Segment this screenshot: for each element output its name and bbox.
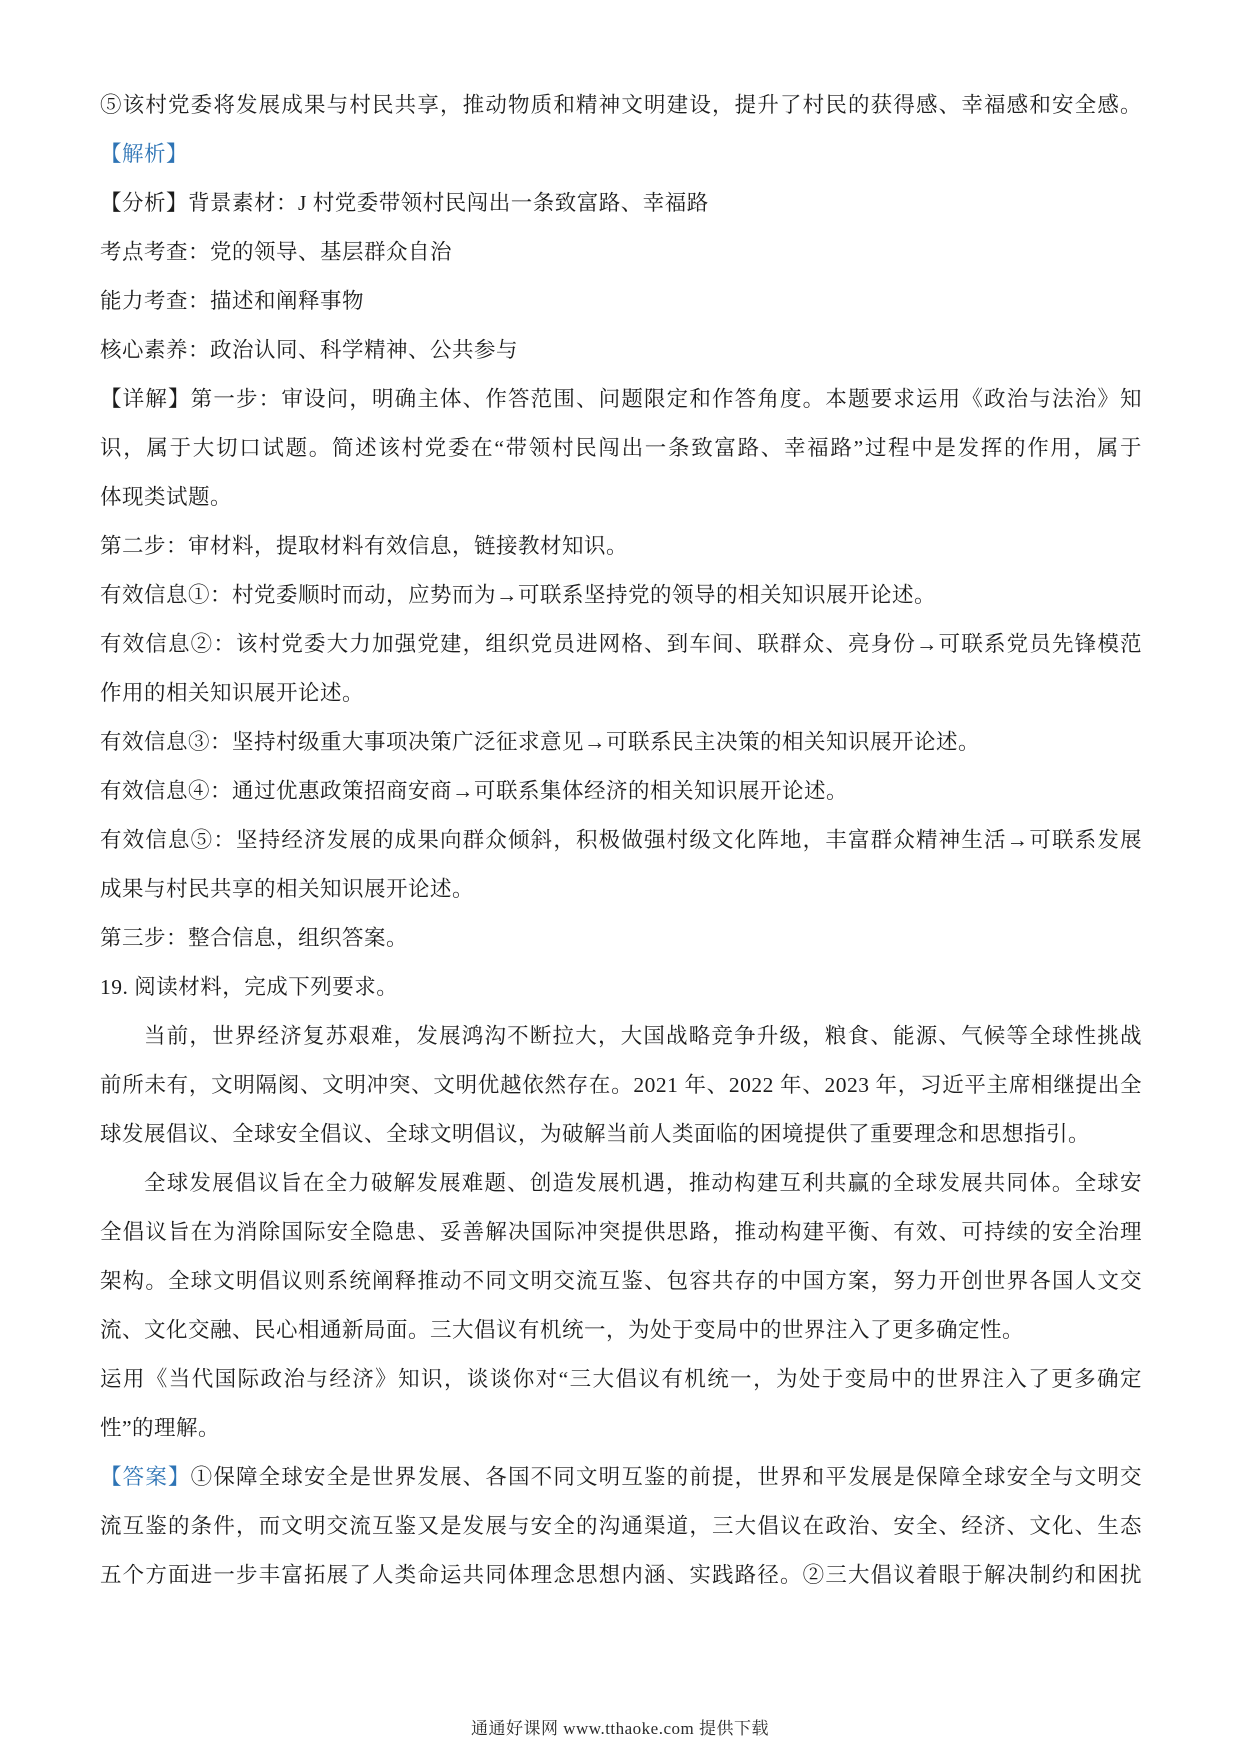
text-line: 五个方面进一步丰富拓展了人类命运共同体理念思想内涵、实践路径。②三大倡议着眼于解… — [100, 1551, 1142, 1600]
line-text: 有效信息③：坚持村级重大事项决策广泛征求意见→可联系民主决策的相关知识展开论述。 — [100, 730, 980, 754]
line-text: ⑤该村党委将发展成果与村民共享，推动物质和精神文明建设，提升了村民的获得感、幸福… — [100, 93, 1142, 117]
line-text: 流互鉴的条件，而文明交流互鉴又是发展与安全的沟通渠道，三大倡议在政治、安全、经济… — [100, 1514, 1142, 1538]
document-body: ⑤该村党委将发展成果与村民共享，推动物质和精神文明建设，提升了村民的获得感、幸福… — [0, 0, 1240, 1600]
line-text: 球发展倡议、全球安全倡议、全球文明倡议，为破解当前人类面临的困境提供了重要理念和… — [100, 1122, 1090, 1146]
line-text: 19. 阅读材料，完成下列要求。 — [100, 975, 398, 999]
line-text: 前所未有，文明隔阂、文明冲突、文明优越依然存在。2021 年、2022 年、20… — [100, 1073, 1142, 1097]
line-text: 考点考查：党的领导、基层群众自治 — [100, 240, 452, 264]
text-line: 架构。全球文明倡议则系统阐释推动不同文明交流互鉴、包容共存的中国方案，努力开创世… — [100, 1257, 1142, 1306]
line-text: 全球发展倡议旨在全力破解发展难题、创造发展机遇，推动构建互利共赢的全球发展共同体… — [144, 1171, 1142, 1195]
document-page: ⑤该村党委将发展成果与村民共享，推动物质和精神文明建设，提升了村民的获得感、幸福… — [0, 0, 1240, 1754]
footer-watermark: 通通好课网 www.tthaoke.com 提供下载 — [0, 1714, 1240, 1739]
text-line: 考点考查：党的领导、基层群众自治 — [100, 228, 1142, 277]
line-text: 【分析】背景素材：J 村党委带领村民闯出一条致富路、幸福路 — [100, 191, 709, 215]
text-line: 第三步：整合信息，组织答案。 — [100, 914, 1142, 963]
line-text: 体现类试题。 — [100, 485, 232, 509]
text-line: 有效信息⑤：坚持经济发展的成果向群众倾斜，积极做强村级文化阵地，丰富群众精神生活… — [100, 816, 1142, 865]
line-text: ①保障全球安全是世界发展、各国不同文明互鉴的前提，世界和平发展是保障全球安全与文… — [191, 1465, 1142, 1489]
text-line: 【答案】①保障全球安全是世界发展、各国不同文明互鉴的前提，世界和平发展是保障全球… — [100, 1453, 1142, 1502]
line-text: 【详解】第一步：审设问，明确主体、作答范围、问题限定和作答角度。本题要求运用《政… — [100, 387, 1142, 411]
line-text: 第三步：整合信息，组织答案。 — [100, 926, 408, 950]
text-line: 运用《当代国际政治与经济》知识，谈谈你对“三大倡议有机统一，为处于变局中的世界注… — [100, 1355, 1142, 1404]
text-line: 能力考查：描述和阐释事物 — [100, 277, 1142, 326]
text-line: ⑤该村党委将发展成果与村民共享，推动物质和精神文明建设，提升了村民的获得感、幸福… — [100, 81, 1142, 130]
section-label-jiexi: 【解析】 — [100, 142, 188, 166]
text-line: 有效信息②：该村党委大力加强党建，组织党员进网格、到车间、联群众、亮身份→可联系… — [100, 620, 1142, 669]
text-line: 性”的理解。 — [100, 1404, 1142, 1453]
text-line: 流互鉴的条件，而文明交流互鉴又是发展与安全的沟通渠道，三大倡议在政治、安全、经济… — [100, 1502, 1142, 1551]
line-text: 全倡议旨在为消除国际安全隐患、妥善解决国际冲突提供思路，推动构建平衡、有效、可持… — [100, 1220, 1142, 1244]
line-text: 运用《当代国际政治与经济》知识，谈谈你对“三大倡议有机统一，为处于变局中的世界注… — [100, 1367, 1142, 1391]
text-line: 当前，世界经济复苏艰难，发展鸿沟不断拉大，大国战略竞争升级，粮食、能源、气候等全… — [100, 1012, 1142, 1061]
text-line: 全倡议旨在为消除国际安全隐患、妥善解决国际冲突提供思路，推动构建平衡、有效、可持… — [100, 1208, 1142, 1257]
text-line: 有效信息④：通过优惠政策招商安商→可联系集体经济的相关知识展开论述。 — [100, 767, 1142, 816]
line-text: 流、文化交融、民心相通新局面。三大倡议有机统一，为处于变局中的世界注入了更多确定… — [100, 1318, 1024, 1342]
line-text: 第二步：审材料，提取材料有效信息，链接教材知识。 — [100, 534, 628, 558]
line-text: 核心素养：政治认同、科学精神、公共参与 — [100, 338, 518, 362]
line-text: 能力考查：描述和阐释事物 — [100, 289, 364, 313]
question-19-heading: 19. 阅读材料，完成下列要求。 — [100, 963, 1142, 1012]
text-line: 有效信息①：村党委顺时而动，应势而为→可联系坚持党的领导的相关知识展开论述。 — [100, 571, 1142, 620]
line-text: 有效信息①：村党委顺时而动，应势而为→可联系坚持党的领导的相关知识展开论述。 — [100, 583, 936, 607]
text-line: 球发展倡议、全球安全倡议、全球文明倡议，为破解当前人类面临的困境提供了重要理念和… — [100, 1110, 1142, 1159]
section-label-daan: 【答案】 — [100, 1465, 191, 1489]
footer-text: 通通好课网 www.tthaoke.com 提供下载 — [471, 1719, 769, 1738]
line-text: 识，属于大切口试题。简述该村党委在“带领村民闯出一条致富路、幸福路”过程中是发挥… — [100, 436, 1142, 460]
line-text: 有效信息⑤：坚持经济发展的成果向群众倾斜，积极做强村级文化阵地，丰富群众精神生活… — [100, 828, 1142, 852]
text-line: 【详解】第一步：审设问，明确主体、作答范围、问题限定和作答角度。本题要求运用《政… — [100, 375, 1142, 424]
text-line: 识，属于大切口试题。简述该村党委在“带领村民闯出一条致富路、幸福路”过程中是发挥… — [100, 424, 1142, 473]
line-text: 五个方面进一步丰富拓展了人类命运共同体理念思想内涵、实践路径。②三大倡议着眼于解… — [100, 1563, 1142, 1587]
text-line: 有效信息③：坚持村级重大事项决策广泛征求意见→可联系民主决策的相关知识展开论述。 — [100, 718, 1142, 767]
text-line: 第二步：审材料，提取材料有效信息，链接教材知识。 — [100, 522, 1142, 571]
text-line: 【解析】 — [100, 130, 1142, 179]
line-text: 作用的相关知识展开论述。 — [100, 681, 364, 705]
text-line: 【分析】背景素材：J 村党委带领村民闯出一条致富路、幸福路 — [100, 179, 1142, 228]
text-line: 前所未有，文明隔阂、文明冲突、文明优越依然存在。2021 年、2022 年、20… — [100, 1061, 1142, 1110]
text-line: 流、文化交融、民心相通新局面。三大倡议有机统一，为处于变局中的世界注入了更多确定… — [100, 1306, 1142, 1355]
text-line: 全球发展倡议旨在全力破解发展难题、创造发展机遇，推动构建互利共赢的全球发展共同体… — [100, 1159, 1142, 1208]
line-text: 当前，世界经济复苏艰难，发展鸿沟不断拉大，大国战略竞争升级，粮食、能源、气候等全… — [144, 1024, 1142, 1048]
line-text: 有效信息④：通过优惠政策招商安商→可联系集体经济的相关知识展开论述。 — [100, 779, 848, 803]
text-line: 核心素养：政治认同、科学精神、公共参与 — [100, 326, 1142, 375]
line-text: 成果与村民共享的相关知识展开论述。 — [100, 877, 474, 901]
text-line: 作用的相关知识展开论述。 — [100, 669, 1142, 718]
line-text: 架构。全球文明倡议则系统阐释推动不同文明交流互鉴、包容共存的中国方案，努力开创世… — [100, 1269, 1142, 1293]
text-line: 体现类试题。 — [100, 473, 1142, 522]
line-text: 性”的理解。 — [100, 1416, 220, 1440]
line-text: 有效信息②：该村党委大力加强党建，组织党员进网格、到车间、联群众、亮身份→可联系… — [100, 632, 1142, 656]
text-line: 成果与村民共享的相关知识展开论述。 — [100, 865, 1142, 914]
